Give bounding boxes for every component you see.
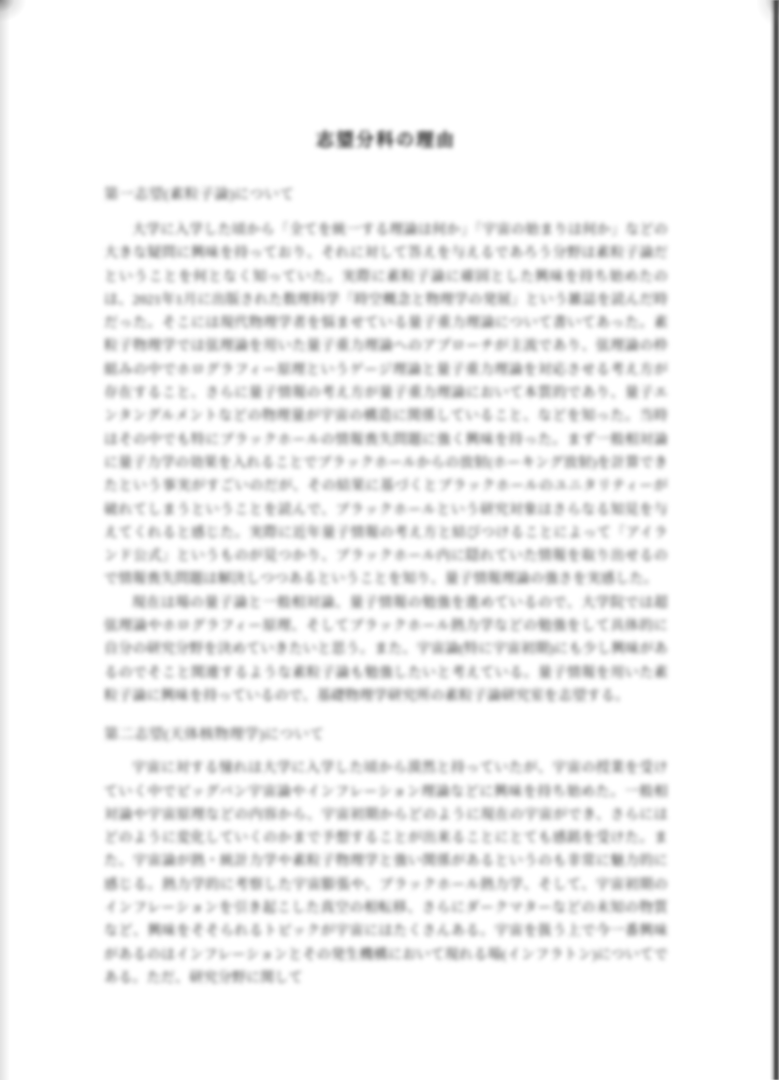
document-content: 志望分科の理由 第一志望(素粒子論)について 大学に入学した頃から「全てを統一す… <box>104 0 668 990</box>
page-edge-right <box>770 0 779 1080</box>
document-viewport: 志望分科の理由 第一志望(素粒子論)について 大学に入学した頃から「全てを統一す… <box>0 0 779 1080</box>
paragraph-second-choice-1: 宇宙に対する憧れは大学に入学した頃から漠然と持っていたが、宇宙の授業を受けていく… <box>104 757 668 990</box>
document-title: 志望分科の理由 <box>104 126 668 154</box>
paragraph-first-choice-1: 大学に入学した頃から「全てを統一する理論は何か」「宇宙の始まりは何か」などの大き… <box>104 219 668 592</box>
paragraph-first-choice-2: 現在は場の量子論と一般相対論、量子情報の勉強を進めているので、大学院では超弦理論… <box>104 592 668 708</box>
corner-shadow-top-right <box>757 0 779 26</box>
document-page: 志望分科の理由 第一志望(素粒子論)について 大学に入学した頃から「全てを統一す… <box>9 0 771 1080</box>
section-heading-second-choice: 第二志望(天体核物理学)について <box>104 724 668 746</box>
section-heading-first-choice: 第一志望(素粒子論)について <box>104 184 668 206</box>
page-edge-left <box>0 0 10 1080</box>
corner-shadow-top-left <box>0 0 26 22</box>
